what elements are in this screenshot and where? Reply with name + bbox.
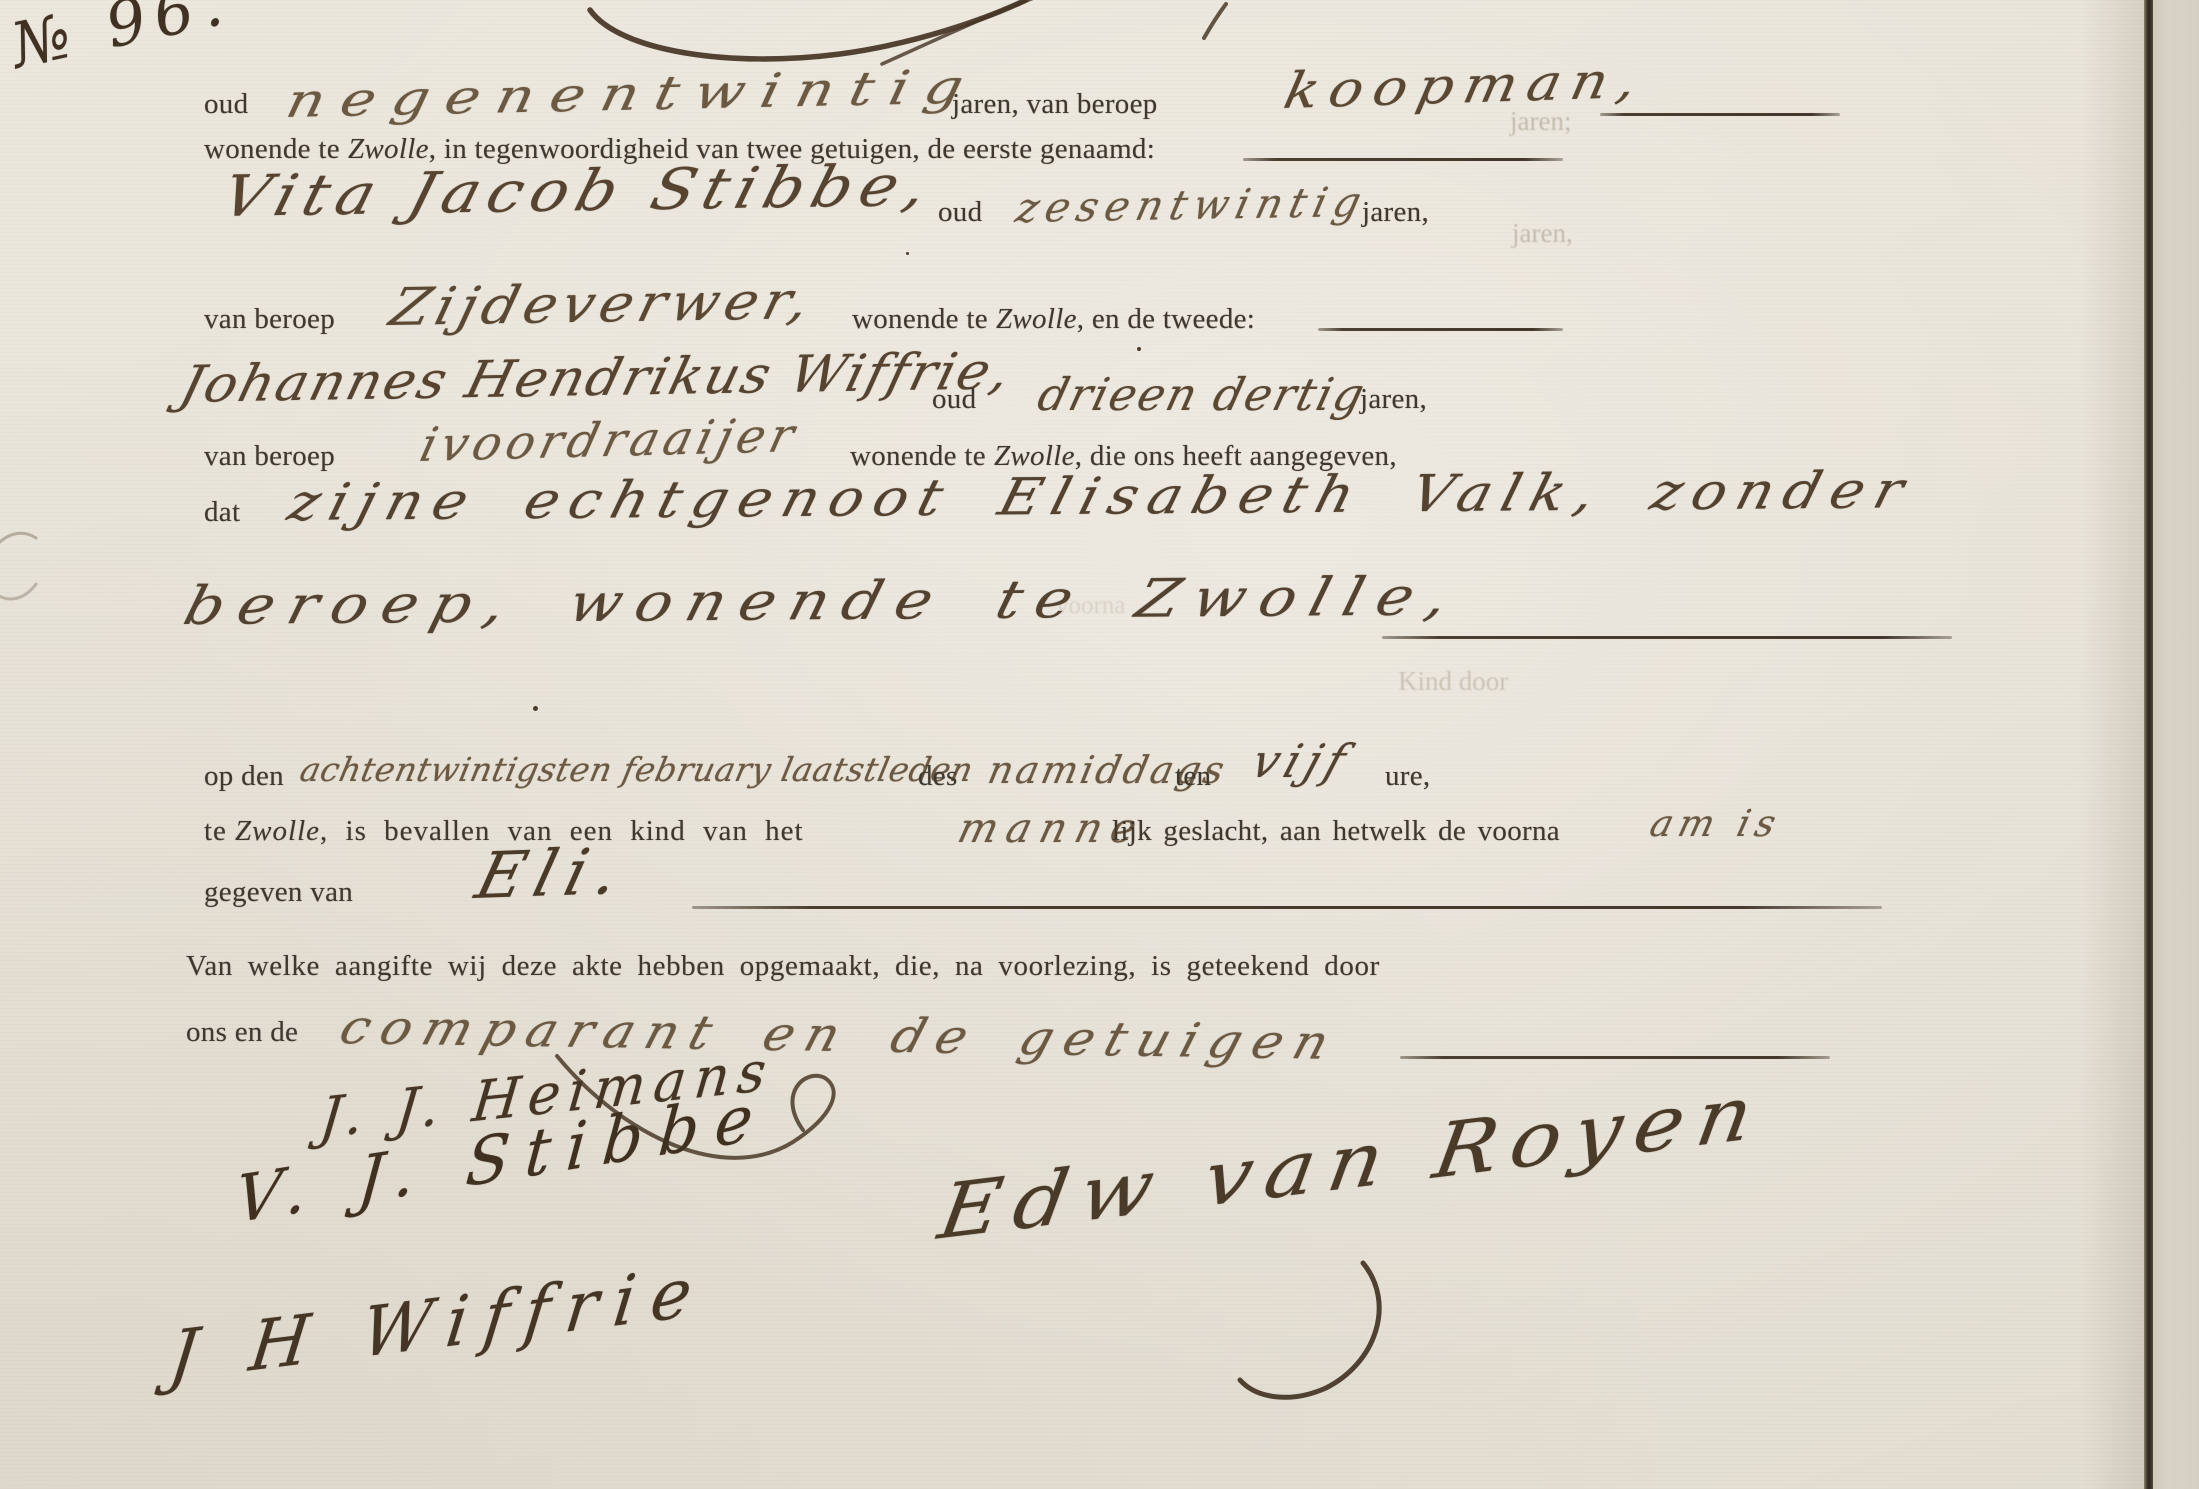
blank-line-rule-3 bbox=[1318, 328, 1563, 331]
printed-van-beroep-1: van beroep bbox=[204, 303, 335, 336]
printed-wonende-te-3: wonende te bbox=[850, 440, 986, 472]
handwritten-am-is: am is bbox=[1646, 802, 1786, 845]
ink-speck bbox=[533, 706, 538, 711]
handwritten-witness2-occupation: ivoordraaijer bbox=[415, 408, 805, 473]
handwritten-witness2-age: drieen dertig bbox=[1033, 368, 1372, 421]
signature-registrar-van-royen: Edw van Royen bbox=[933, 1068, 1771, 1258]
handwritten-birth-date: achtentwintigsten february laatstleden bbox=[297, 750, 977, 789]
ink-tick-icon bbox=[1196, 0, 1238, 44]
printed-ten: ten bbox=[1175, 760, 1211, 793]
printed-closing-statement: Van welke aangifte wij deze akte hebben … bbox=[186, 950, 1380, 983]
blank-line-rule-4 bbox=[1382, 636, 1952, 639]
printed-oud-2: oud bbox=[938, 196, 982, 229]
signature-declarant-wiffrie: J H Wiffrie bbox=[165, 1251, 712, 1398]
printed-dat: dat bbox=[204, 496, 240, 529]
ink-speck bbox=[1137, 347, 1141, 351]
handwritten-mother-name: zijne echtgenoot Elisabeth Valk, zonder bbox=[282, 461, 1920, 533]
blank-line-rule-2 bbox=[1243, 158, 1563, 161]
handwritten-witness1-occupation: Zijdeverwer, bbox=[384, 271, 821, 338]
printed-place-zwolle-4: Zwolle bbox=[235, 815, 320, 847]
printed-ons-en-de: ons en de bbox=[186, 1016, 298, 1049]
page-edge-line bbox=[2144, 0, 2153, 1489]
blank-line-rule-5 bbox=[692, 906, 1882, 909]
handwritten-witness1-name: Vita Jacob Stibbe, bbox=[215, 153, 942, 230]
printed-op-den: op den bbox=[204, 760, 284, 793]
printed-jaren-1: jaren, bbox=[1362, 196, 1429, 229]
handwritten-witness2-name: Johannes Hendrikus Wiffrie, bbox=[174, 342, 1018, 415]
printed-gegeven-van: gegeven van bbox=[204, 876, 353, 909]
printed-jaren-2: jaren, bbox=[1360, 383, 1427, 416]
handwritten-age-father: negenentwintig bbox=[281, 59, 984, 129]
document-scan: № 96. oud negenentwintig jaren, van bero… bbox=[0, 0, 2199, 1489]
ink-speck bbox=[906, 252, 909, 255]
printed-place-zwolle-2: Zwolle bbox=[996, 303, 1077, 335]
printed-en-de-tweede: , en de tweede: bbox=[1077, 303, 1255, 335]
blank-line-rule-6 bbox=[1400, 1056, 1830, 1059]
page-edge-shadow bbox=[2080, 0, 2144, 1489]
printed-jaren-van-beroep-1: jaren, van beroep bbox=[952, 88, 1158, 121]
handwritten-hour: vijf bbox=[1245, 734, 1359, 788]
printed-oud-1: oud bbox=[204, 88, 248, 121]
blank-line-rule-1 bbox=[1600, 113, 1840, 116]
handwritten-witness1-age: zesentwintig bbox=[1012, 178, 1373, 232]
printed-wonende-te-2: wonende te bbox=[852, 303, 988, 335]
printed-oud-3: oud bbox=[932, 383, 976, 416]
bleed-through-text: jaren, bbox=[1512, 218, 1573, 249]
printed-des: des bbox=[918, 760, 958, 793]
margin-ink-mark-icon bbox=[0, 524, 40, 556]
ink-flourish-hook-icon bbox=[1208, 1248, 1393, 1433]
act-number: № 96. bbox=[5, 0, 237, 82]
margin-ink-mark-icon bbox=[0, 576, 40, 608]
bleed-through-text: voorna bbox=[1056, 592, 1125, 620]
printed-second-witness-intro: wonende teZwolle, en de tweede: bbox=[852, 303, 1255, 336]
bleed-through-text: Kind door bbox=[1398, 666, 1508, 697]
printed-van-beroep-2: van beroep bbox=[204, 440, 335, 473]
printed-wonende-te-1: wonende te bbox=[204, 133, 340, 165]
handwritten-occupation-father: koopman, bbox=[1279, 51, 1652, 120]
adjacent-page-strip bbox=[2153, 0, 2199, 1489]
bleed-through-text: jaren; bbox=[1510, 106, 1571, 137]
printed-ure: ure, bbox=[1385, 760, 1430, 793]
handwritten-mother-residence: beroep, wonende te Zwolle, bbox=[178, 566, 1469, 637]
printed-geslacht-voorna: lijk geslacht, aan hetwelk de voorna bbox=[1112, 815, 1560, 848]
printed-te: te bbox=[204, 815, 227, 847]
handwritten-child-name: Eli. bbox=[469, 835, 637, 914]
